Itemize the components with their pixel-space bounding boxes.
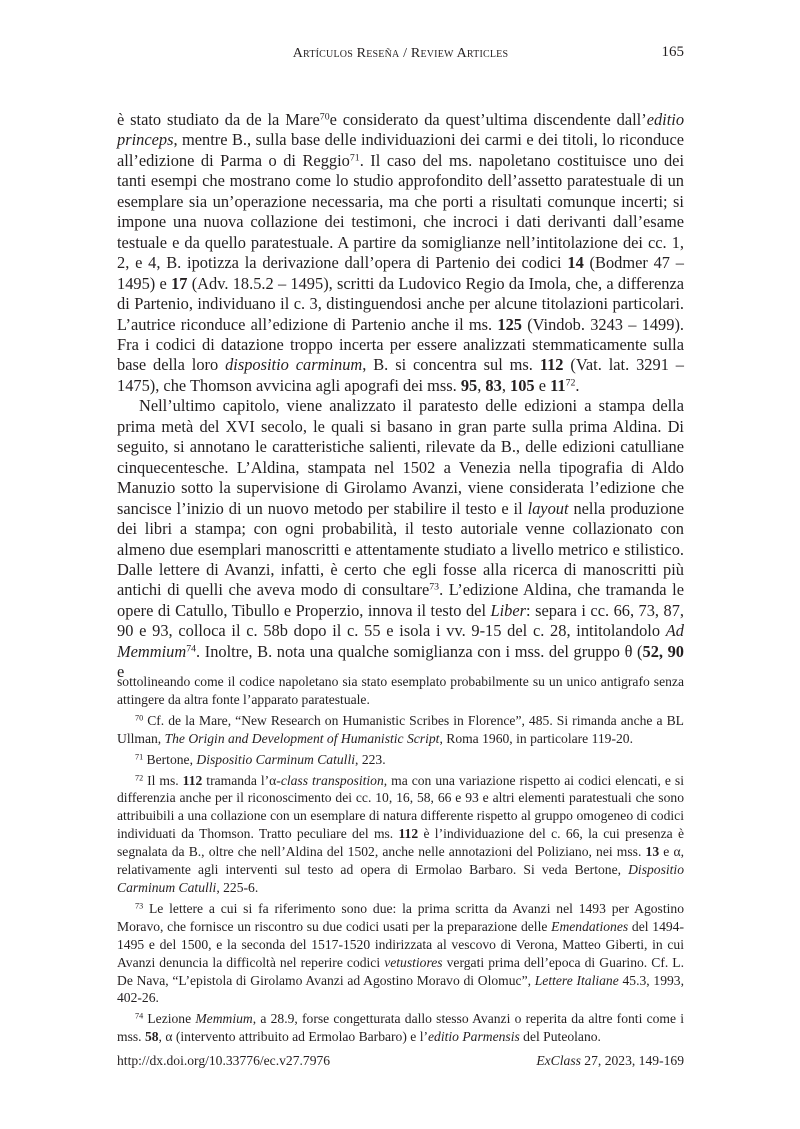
body-text: è stato studiato da de la Mare70e consid… [117, 110, 684, 683]
footnote-ref: 70 [135, 713, 143, 722]
page-header: Artículos Reseña / Review Articles 165 [117, 44, 684, 66]
footnote-ref: 70 [320, 112, 330, 123]
footnote-continuation: sottolineando come il codice napoletano … [117, 673, 684, 709]
footnote-ref: 73 [135, 901, 143, 910]
doi-link[interactable]: http://dx.doi.org/10.33776/ec.v27.7976 [117, 1053, 330, 1069]
page-number: 165 [662, 44, 685, 61]
page-footer: http://dx.doi.org/10.33776/ec.v27.7976 E… [117, 1053, 684, 1073]
footnote-70: 70 Cf. de la Mare, “New Research on Huma… [117, 712, 684, 748]
footnotes: sottolineando come il codice napoletano … [117, 673, 684, 1046]
footnote-ref: 72 [566, 377, 576, 388]
footnote-ref: 72 [135, 773, 143, 782]
footnote-71: 71 Bertone, Dispositio Carminum Catulli,… [117, 751, 684, 769]
footnote-ref: 74 [135, 1012, 143, 1021]
paragraph-2: Nell’ultimo capitolo, viene analizzato i… [117, 396, 684, 682]
journal-name: ExClass [536, 1053, 581, 1068]
footnote-72: 72 Il ms. 112 tramanda l’α-class transpo… [117, 772, 684, 897]
footnote-74: 74 Lezione Memmium, a 28.9, forse conget… [117, 1010, 684, 1046]
paragraph-1: è stato studiato da de la Mare70e consid… [117, 110, 684, 396]
footnote-ref: 74 [186, 643, 196, 654]
footnote-ref: 71 [350, 153, 360, 164]
footnote-ref: 73 [429, 582, 439, 593]
running-head: Artículos Reseña / Review Articles [117, 46, 684, 62]
footnote-ref: 71 [135, 752, 143, 761]
journal-citation: ExClass 27, 2023, 149-169 [536, 1053, 684, 1069]
citation-details: 27, 2023, 149-169 [581, 1053, 684, 1068]
footnote-73: 73 Le lettere a cui si fa riferimento so… [117, 900, 684, 1007]
